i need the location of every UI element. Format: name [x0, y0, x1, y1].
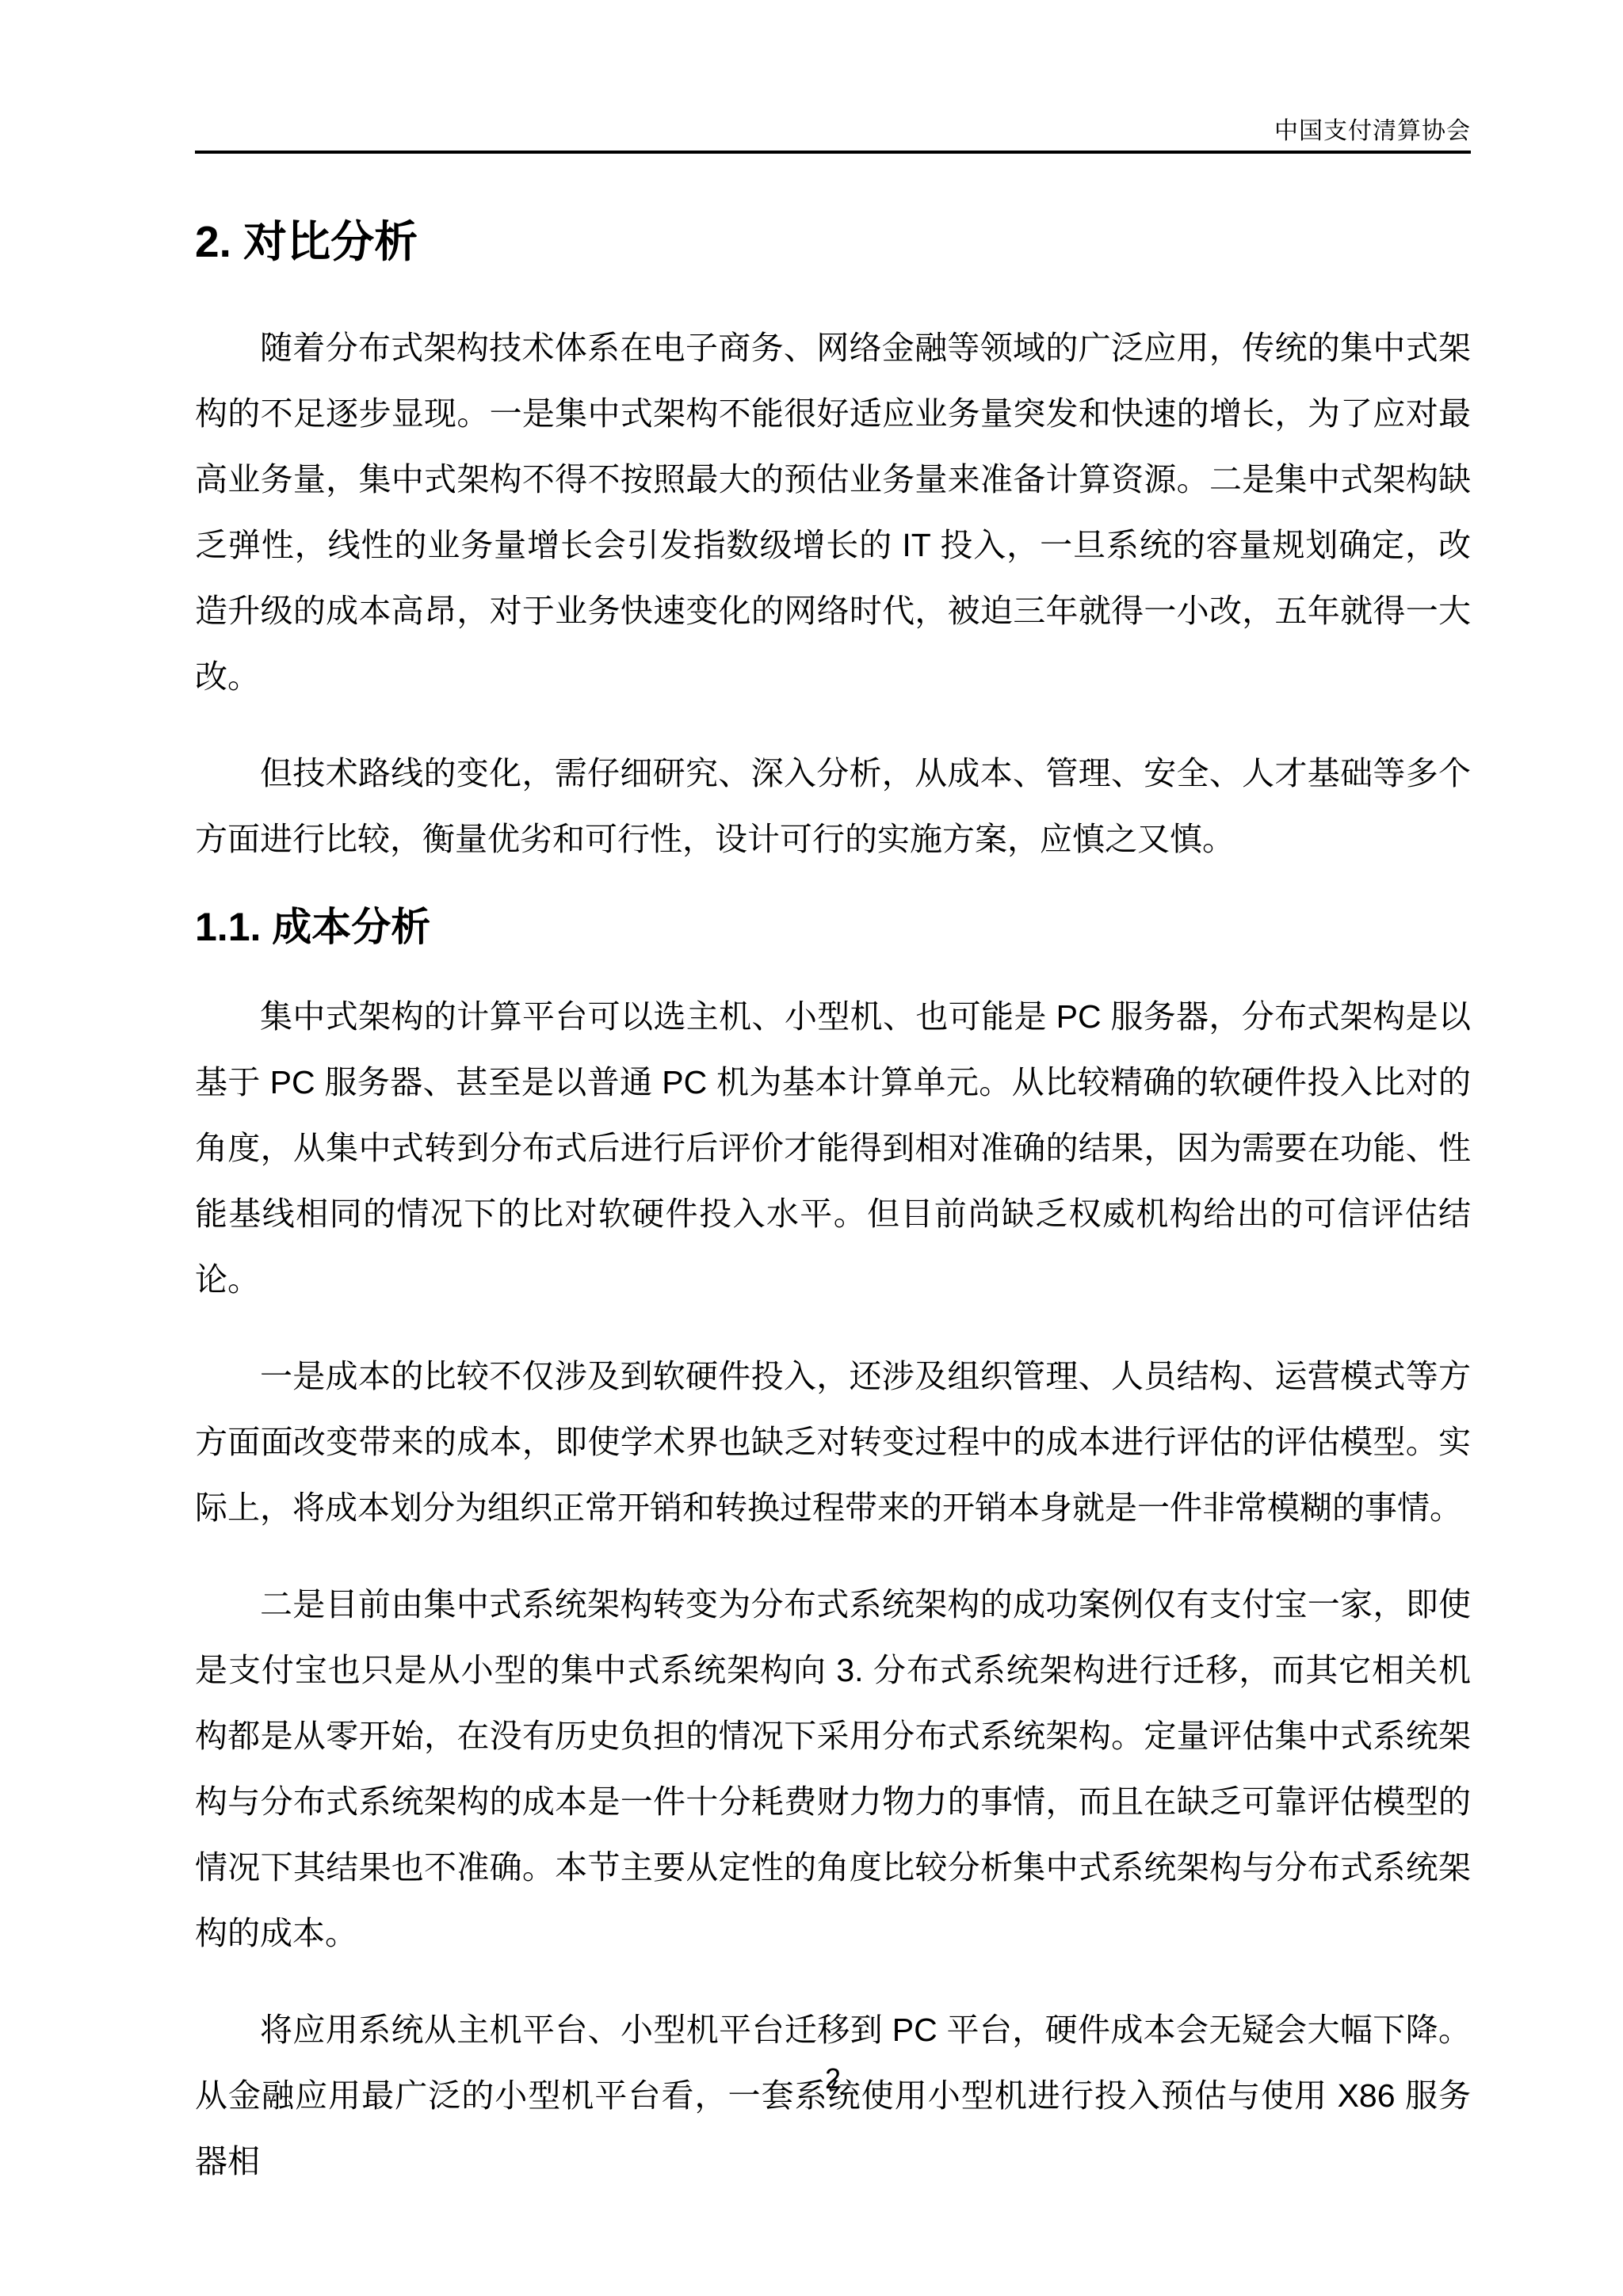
- paragraph-4: 一是成本的比较不仅涉及到软硬件投入，还涉及组织管理、人员结构、运营模式等方方面面…: [195, 1344, 1471, 1541]
- section-heading-comparative-analysis: 2. 对比分析: [195, 215, 1471, 268]
- page-content: 中国支付清算协会 2. 对比分析 随着分布式架构技术体系在电子商务、网络金融等领…: [195, 0, 1471, 2225]
- header-org-name: 中国支付清算协会: [195, 117, 1471, 146]
- page-header: 中国支付清算协会: [195, 0, 1471, 154]
- document-page: 中国支付清算协会 2. 对比分析 随着分布式架构技术体系在电子商务、网络金融等领…: [0, 0, 1623, 2296]
- paragraph-2: 但技术路线的变化，需仔细研究、深入分析，从成本、管理、安全、人才基础等多个方面进…: [195, 741, 1471, 872]
- document-body: 随着分布式架构技术体系在电子商务、网络金融等领域的广泛应用，传统的集中式架构的不…: [195, 315, 1471, 2195]
- page-number: 2: [195, 2061, 1471, 2096]
- paragraph-1: 随着分布式架构技术体系在电子商务、网络金融等领域的广泛应用，传统的集中式架构的不…: [195, 315, 1471, 710]
- paragraph-5: 二是目前由集中式系统架构转变为分布式系统架构的成功案例仅有支付宝一家，即使是支付…: [195, 1572, 1471, 1966]
- paragraph-3: 集中式架构的计算平台可以选主机、小型机、也可能是 PC 服务器，分布式架构是以基…: [195, 984, 1471, 1313]
- section-heading-cost-analysis: 1.1. 成本分析: [195, 903, 1471, 951]
